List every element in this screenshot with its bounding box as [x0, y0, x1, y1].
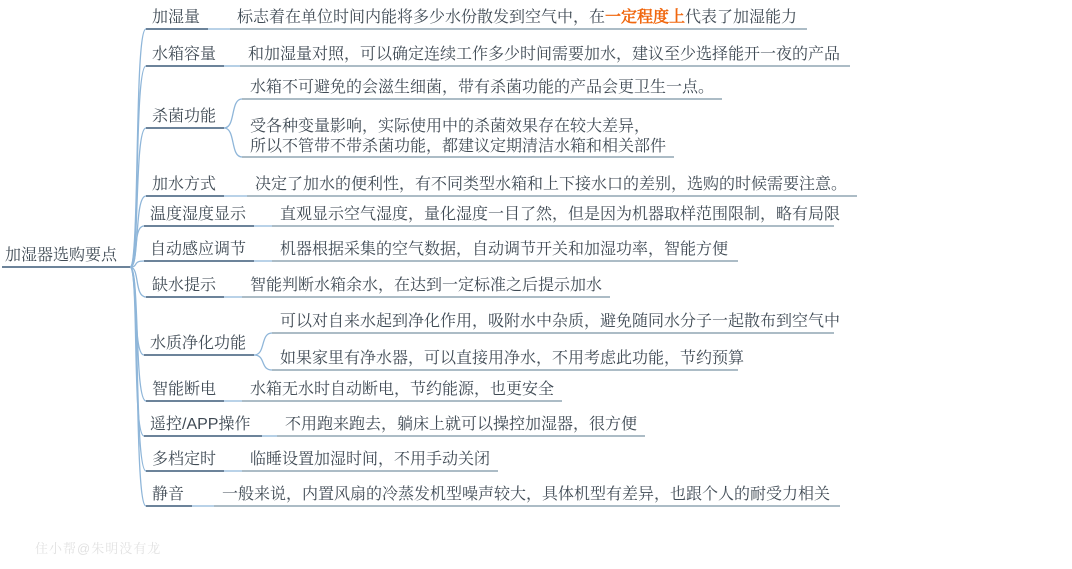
note-remote-app[interactable]: 不用跑来跑去，躺床上就可以操控加湿器，很方便	[285, 416, 637, 434]
note-quiet[interactable]: 一般来说，内置风扇的冷蒸发机型噪声较大，具体机型有差异，也跟个人的耐受力相关	[222, 486, 830, 504]
note-auto-adjust[interactable]: 机器根据采集的空气数据，自动调节开关和加湿功率，智能方便	[280, 241, 728, 259]
topic-humidity-display[interactable]: 温度湿度显示	[150, 206, 246, 224]
topic-refill-method[interactable]: 加水方式	[152, 176, 216, 194]
topic-auto-power-off[interactable]: 智能断电	[152, 381, 216, 399]
note-tank-capacity[interactable]: 和加湿量对照，可以确定连续工作多少时间需要加水，建议至少选择能开一夜的产品	[248, 46, 840, 64]
note-water-purify-1[interactable]: 可以对自来水起到净化作用，吸附水中杂质，避免随同水分子一起散布到空气中	[280, 313, 840, 331]
topic-auto-adjust[interactable]: 自动感应调节	[150, 241, 246, 259]
topic-quiet[interactable]: 静音	[152, 486, 184, 504]
note-auto-power-off[interactable]: 水箱无水时自动断电，节约能源，也更安全	[250, 381, 554, 399]
note-humidify-amount[interactable]: 标志着在单位时间内能将多少水份散发到空气中，在一定程度上代表了加湿能力	[237, 9, 797, 27]
topic-water-purify[interactable]: 水质净化功能	[150, 335, 246, 353]
root-node[interactable]: 加湿器选购要点	[5, 247, 117, 265]
topic-humidify-amount[interactable]: 加湿量	[152, 9, 200, 27]
note-water-purify-2[interactable]: 如果家里有净水器，可以直接用净水，不用考虑此功能，节约预算	[280, 350, 744, 368]
topic-tank-capacity[interactable]: 水箱容量	[152, 46, 216, 64]
note-humidity-display[interactable]: 直观显示空气湿度，量化湿度一目了然，但是因为机器取样范围限制，略有局限	[280, 206, 840, 224]
note-humidify-pre: 标志着在单位时间内能将多少水份散发到空气中，在	[237, 9, 605, 26]
note-sterilization-2[interactable]: 受各种变量影响，实际使用中的杀菌效果存在较大差异， 所以不管带不带杀菌功能，都建…	[250, 117, 666, 157]
note-sterilization-1[interactable]: 水箱不可避免的会滋生细菌，带有杀菌功能的产品会更卫生一点。	[250, 79, 714, 97]
note-multi-timer[interactable]: 临睡设置加湿时间，不用手动关闭	[250, 451, 490, 469]
topic-remote-app[interactable]: 遥控/APP操作	[150, 416, 250, 434]
mindmap-canvas: 加湿器选购要点 加湿量 水箱容量 杀菌功能 加水方式 温度湿度显示 自动感应调节…	[0, 0, 1072, 569]
note-low-water-alert[interactable]: 智能判断水箱余水，在达到一定标准之后提示加水	[250, 277, 602, 295]
topic-sterilization[interactable]: 杀菌功能	[152, 108, 216, 126]
topic-low-water-alert[interactable]: 缺水提示	[152, 277, 216, 295]
note-humidify-post: 代表了加湿能力	[685, 9, 797, 26]
note-sterilization-2-line2: 所以不管带不带杀菌功能，都建议定期清洁水箱和相关部件	[250, 137, 666, 157]
topic-multi-timer[interactable]: 多档定时	[152, 451, 216, 469]
note-refill-method[interactable]: 决定了加水的便利性，有不同类型水箱和上下接水口的差别，选购的时候需要注意。	[255, 176, 847, 194]
watermark: 住小帮@朱明没有龙	[35, 538, 161, 557]
note-humidify-highlight: 一定程度上	[605, 9, 685, 26]
note-sterilization-2-line1: 受各种变量影响，实际使用中的杀菌效果存在较大差异，	[250, 117, 666, 137]
